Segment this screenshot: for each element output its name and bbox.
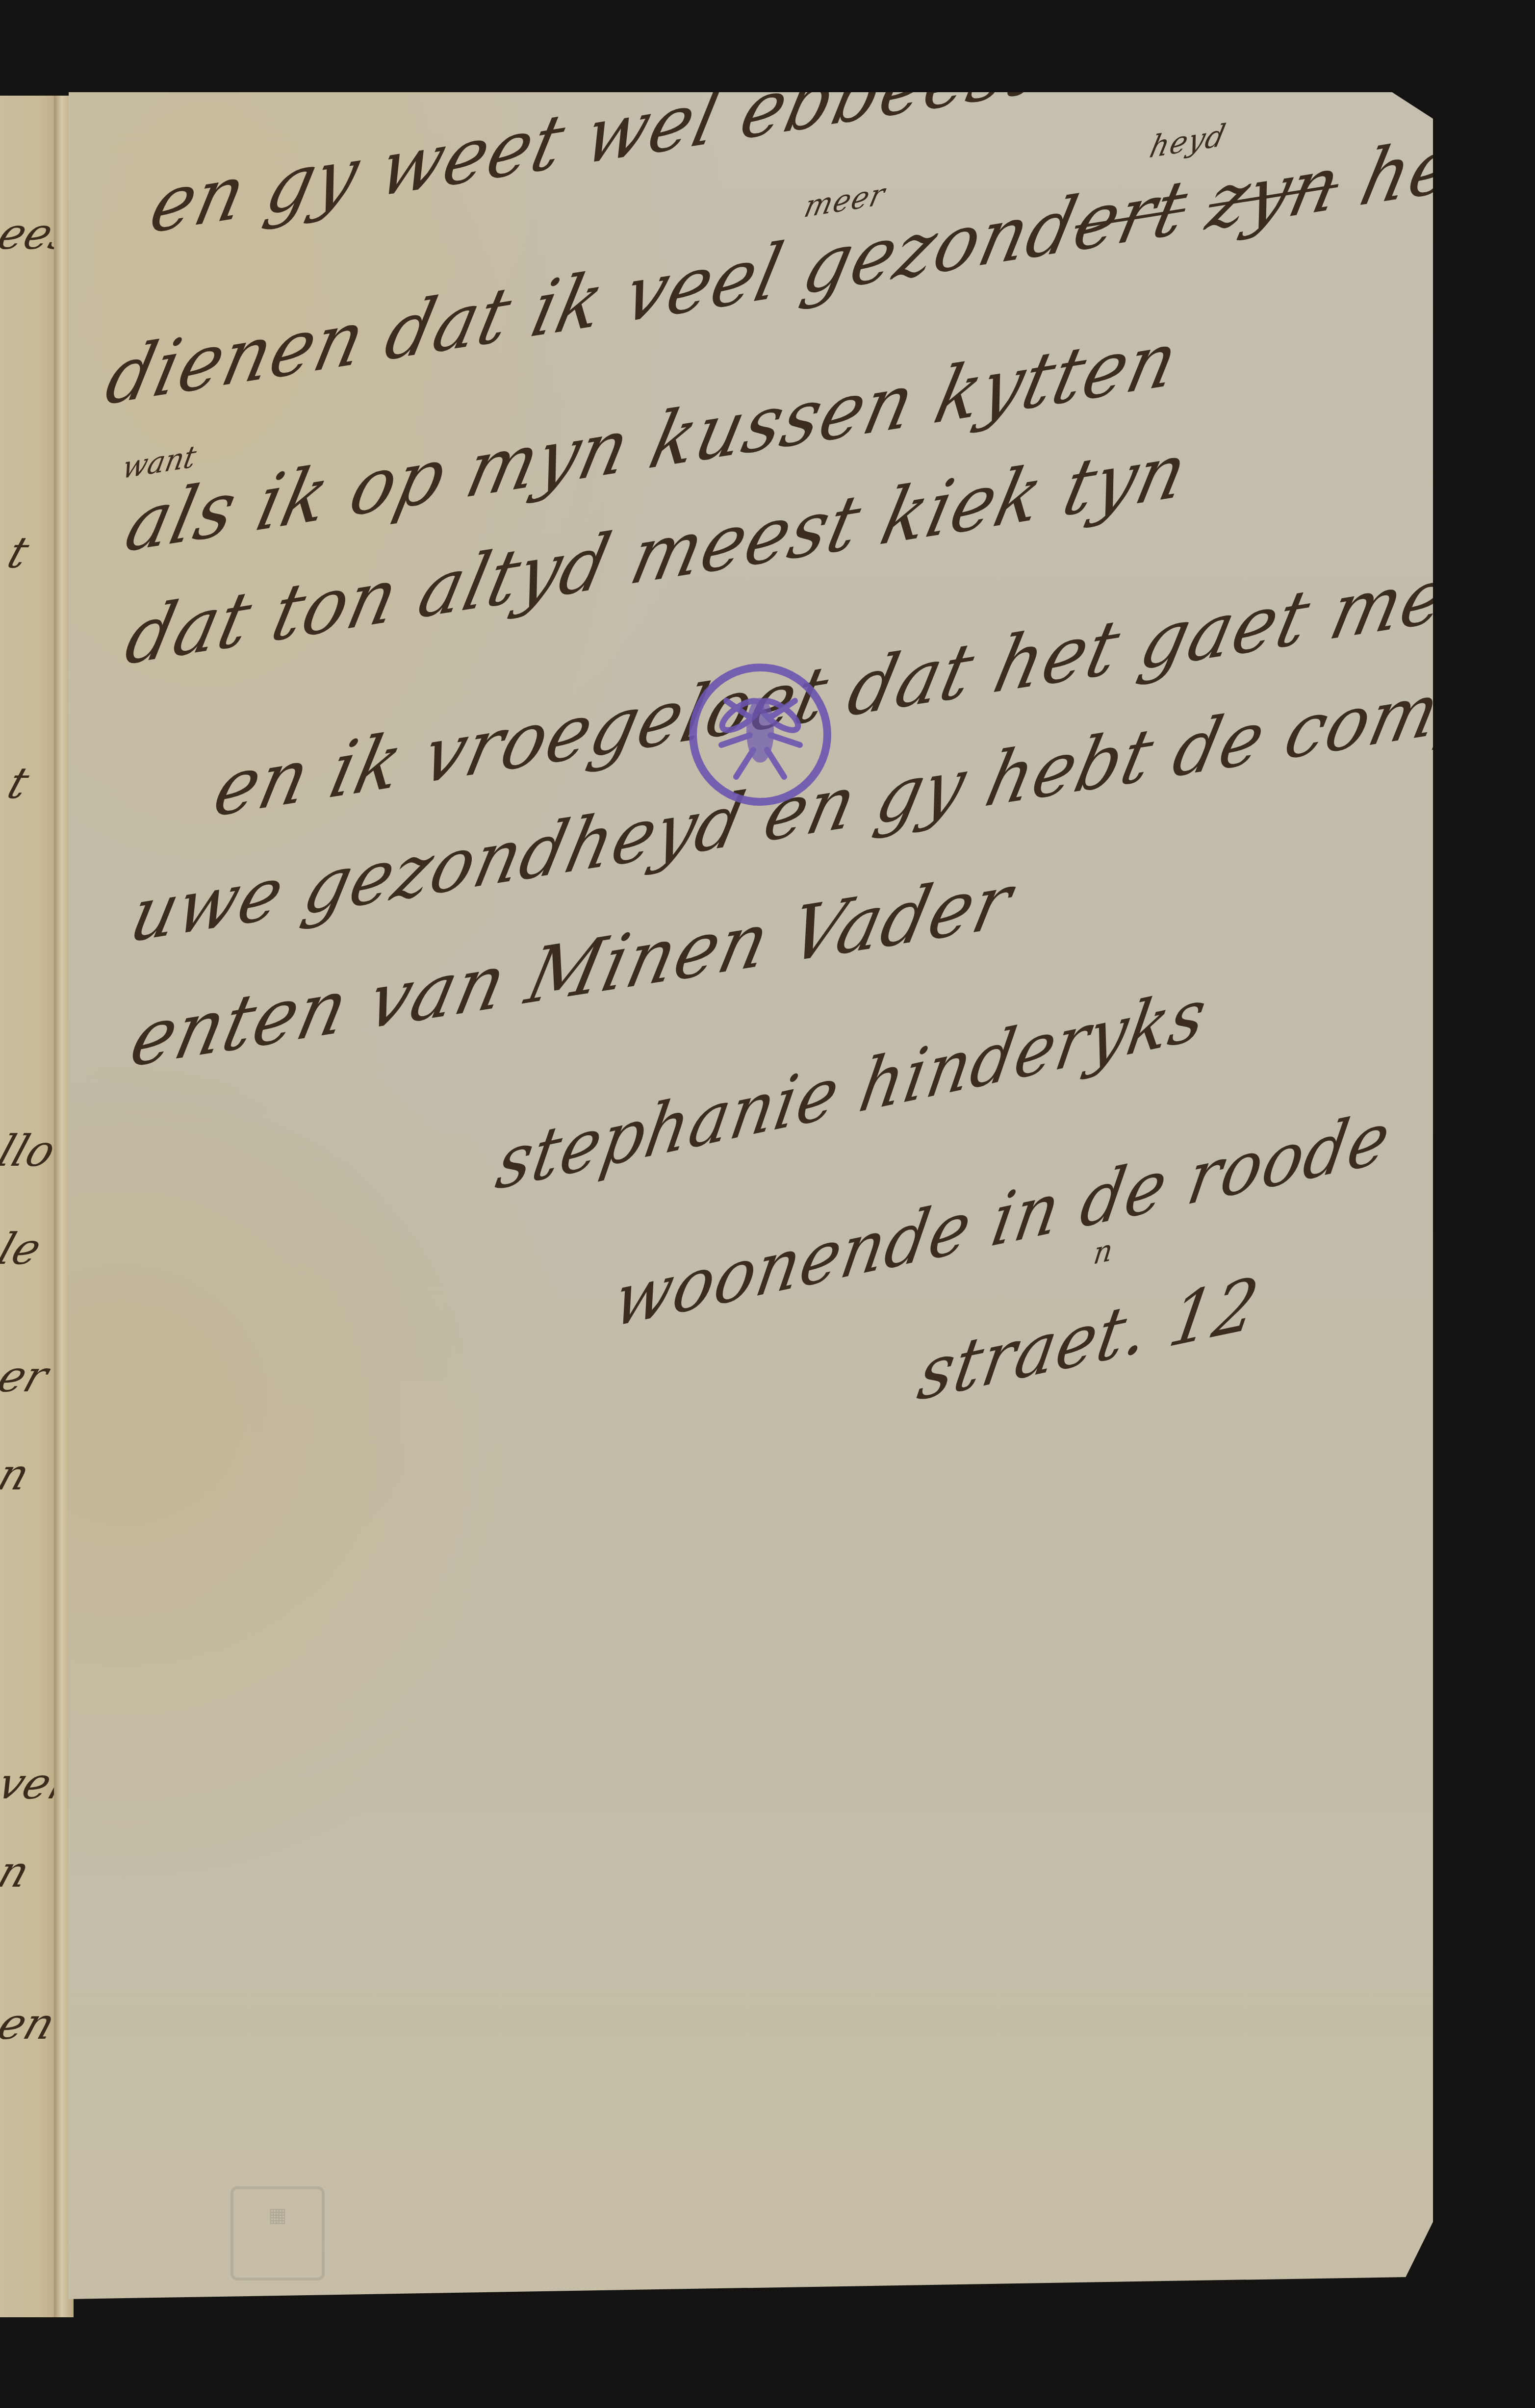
previous-page-fragment: t [1,758,35,808]
struck-word: dat [1356,0,1498,59]
insect-emblem-icon [697,671,823,798]
previous-page-fragment: n [0,1449,36,1500]
previous-page-fragment: llo [0,1126,62,1176]
corrected-word: meer gezondert heyd [795,158,1220,312]
struck-word: zyn [1200,138,1349,249]
signature-address-line-2: straet. 12 [912,1261,1265,1418]
ink-stamp [689,664,831,806]
line-text: hebbe [1353,98,1535,224]
previous-page-fragment: le [0,1224,48,1274]
insertion-above: heyd [1147,117,1230,165]
blind-stamp-mark: ▦ [233,2204,322,2227]
previous-page-fragment: en [0,1998,61,2049]
previous-page-fragment: t [1,527,35,578]
letter-page: en gy weet wel ebbeester als ik dat dien… [69,92,1433,2299]
previous-page-fragment: n [0,1846,36,1897]
struck-suffix: ert [1066,162,1196,269]
blind-emboss-stamp: ▦ [230,2186,325,2280]
document-scan: ees t t llo le er n ven n en en gy weet … [0,0,1535,2408]
previous-page-fragment: er [0,1351,54,1402]
